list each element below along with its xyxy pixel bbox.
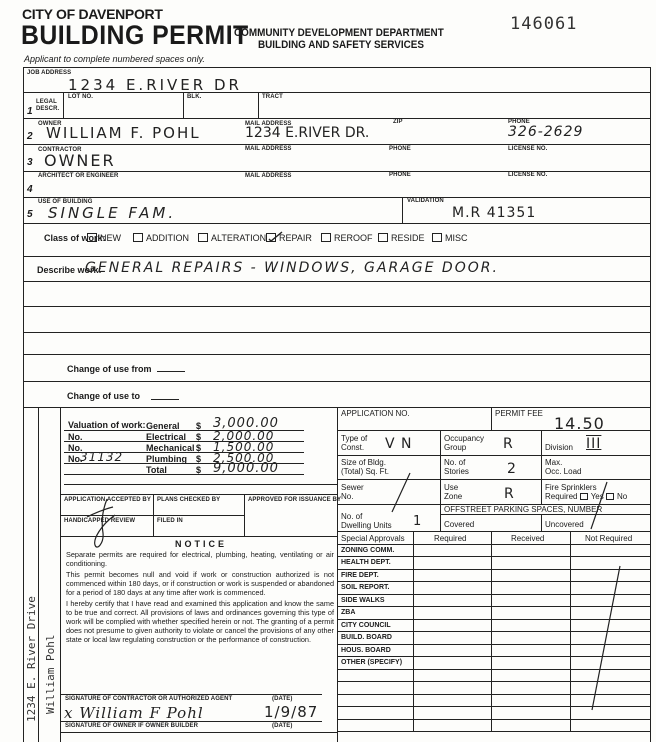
use-of-building-value[interactable]: SINGLE FAM.	[48, 204, 176, 222]
form-title: BUILDING PERMIT	[21, 20, 249, 51]
checkbox-misc[interactable]	[432, 233, 442, 242]
class-option-addition[interactable]: ADDITION	[133, 233, 189, 243]
currency-electrical: $	[196, 432, 201, 442]
notice-paragraph-1: Separate permits are required for electr…	[66, 550, 334, 568]
approval-soil-report: SOIL REPORT.	[341, 584, 390, 591]
initials-signature-icon	[85, 495, 125, 555]
currency-general: $	[196, 421, 201, 431]
notice-paragraph-3: I hereby certify that I have read and ex…	[66, 599, 334, 644]
permit-number: 146061	[510, 14, 577, 34]
currency-total: $	[196, 465, 201, 475]
side-stamp-name: William Pohl	[44, 635, 57, 714]
checkmark-icon	[267, 230, 283, 242]
change-from-dash	[157, 371, 185, 372]
approval-build-board: BUILD. BOARD	[341, 634, 392, 641]
architect-license-label: LICENSE NO.	[508, 172, 547, 178]
checkbox-addition[interactable]	[133, 233, 143, 242]
checkbox-reside[interactable]	[378, 233, 388, 242]
job-address-label: JOB ADDRESS	[27, 70, 71, 76]
contractor-mail-label: MAIL ADDRESS	[245, 146, 292, 152]
architect-phone-label: PHONE	[389, 172, 411, 178]
class-option-misc[interactable]: MISC	[432, 233, 468, 243]
plans-checked-by-label: PLANS CHECKED BY	[157, 497, 220, 503]
approval-other-specify: OTHER (SPECIFY)	[341, 659, 402, 666]
row-number-4: 4	[27, 184, 33, 195]
date-label-1: (DATE)	[272, 696, 292, 702]
amount-total[interactable]: 9,000.00	[213, 461, 279, 476]
checkbox-repair-checked[interactable]	[266, 233, 276, 242]
not-required-slash-icon	[570, 544, 650, 714]
contractor-license-label: LICENSE NO.	[508, 146, 547, 152]
checkbox-reroof[interactable]	[321, 233, 331, 242]
no-value-plumbing[interactable]: 31132	[80, 450, 123, 464]
change-of-use-from-label: Change of use from	[67, 364, 152, 374]
received-header: Received	[511, 534, 544, 543]
row-number-5: 5	[27, 209, 33, 220]
date-label-2: (DATE)	[272, 723, 292, 729]
approval-health-dept: HEALTH DEPT.	[341, 559, 391, 566]
approved-for-issuance-label: APPROVED FOR ISSUANCE BY	[248, 497, 341, 503]
class-option-reside[interactable]: RESIDE	[378, 233, 425, 243]
change-of-use-to-label: Change of use to	[67, 391, 140, 401]
architect-label: ARCHITECT OR ENGINEER	[38, 173, 118, 179]
department-name: COMMUNITY DEVELOPMENT DEPARTMENT	[234, 27, 444, 39]
valuation-type-total: Total	[146, 465, 167, 475]
instruction-text: Applicant to complete numbered spaces on…	[24, 54, 205, 64]
approval-city-council: CITY COUNCIL	[341, 622, 391, 629]
describe-work-value[interactable]: GENERAL REPAIRS - WINDOWS, GARAGE DOOR.	[85, 260, 499, 276]
filed-in-label: FILED IN	[157, 518, 183, 524]
row-number-1: 1	[27, 106, 33, 117]
change-to-dash	[151, 399, 179, 400]
class-option-reroof[interactable]: REROOF	[321, 233, 373, 243]
no-label-electrical: No.	[68, 432, 83, 442]
row-number-3: 3	[27, 157, 33, 168]
valuation-type-electrical: Electrical	[146, 432, 186, 442]
notice-paragraph-2: This permit becomes null and void if wor…	[66, 570, 334, 597]
currency-plumbing: $	[196, 454, 201, 464]
legal-label-2: DESCR.	[36, 106, 59, 112]
signature-date-value[interactable]: 1/9/87	[264, 703, 318, 721]
slash-marks-icon	[337, 407, 650, 532]
row-number-2: 2	[27, 131, 33, 142]
class-option-new[interactable]: NEW	[87, 233, 121, 243]
blk-label: BLK.	[187, 94, 201, 100]
owner-signature-label: SIGNATURE OF OWNER IF OWNER BUILDER	[65, 723, 198, 729]
contractor-value[interactable]: OWNER	[44, 151, 116, 170]
checkbox-alteration[interactable]	[198, 233, 208, 242]
class-option-alteration[interactable]: ALTERATION	[198, 233, 266, 243]
signature-value[interactable]: x William F Pohl	[64, 704, 204, 722]
not-required-header: Not Required	[585, 534, 632, 543]
special-approvals-header: Special Approvals	[341, 534, 405, 543]
checkbox-new[interactable]	[87, 233, 97, 242]
valuation-label: Valuation of work:	[68, 420, 146, 430]
division-name: BUILDING AND SAFETY SERVICES	[258, 39, 424, 51]
approval-side-walks: SIDE WALKS	[341, 597, 385, 604]
validation-value[interactable]: M.R 41351	[452, 205, 536, 221]
notice-title: NOTICE	[175, 539, 227, 549]
job-address-value[interactable]: 1234 E.RIVER DR	[68, 76, 242, 94]
owner-phone-value[interactable]: 326-2629	[508, 124, 583, 140]
lot-no-label: LOT NO.	[68, 94, 93, 100]
zip-label: ZIP	[393, 119, 403, 125]
architect-mail-label: MAIL ADDRESS	[245, 173, 292, 179]
owner-mail-value[interactable]: 1234 E.RIVER DR.	[245, 125, 369, 141]
valuation-type-general: General	[146, 421, 180, 431]
tract-label: TRACT	[262, 94, 283, 100]
valuation-type-plumbing: Plumbing	[146, 454, 187, 464]
notice-body: Separate permits are required for electr…	[66, 550, 334, 646]
valuation-type-mechanical: Mechanical	[146, 443, 195, 453]
legal-label-1: LEGAL	[36, 99, 57, 105]
required-header: Required	[434, 534, 466, 543]
side-stamp-address: 1234 E. River Drive	[25, 596, 38, 722]
class-option-repair[interactable]: REPAIR	[266, 233, 312, 243]
approval-hous-board: HOUS. BOARD	[341, 647, 391, 654]
approval-fire-dept: FIRE DEPT.	[341, 572, 379, 579]
approval-zoning-comm: ZONING COMM.	[341, 547, 394, 554]
approval-zba: ZBA	[341, 609, 355, 616]
contractor-phone-label: PHONE	[389, 146, 411, 152]
owner-value[interactable]: WILLIAM F. POHL	[46, 124, 201, 142]
contractor-signature-label: SIGNATURE OF CONTRACTOR OR AUTHORIZED AG…	[65, 696, 232, 702]
currency-mechanical: $	[196, 443, 201, 453]
validation-label: VALIDATION	[407, 198, 444, 204]
